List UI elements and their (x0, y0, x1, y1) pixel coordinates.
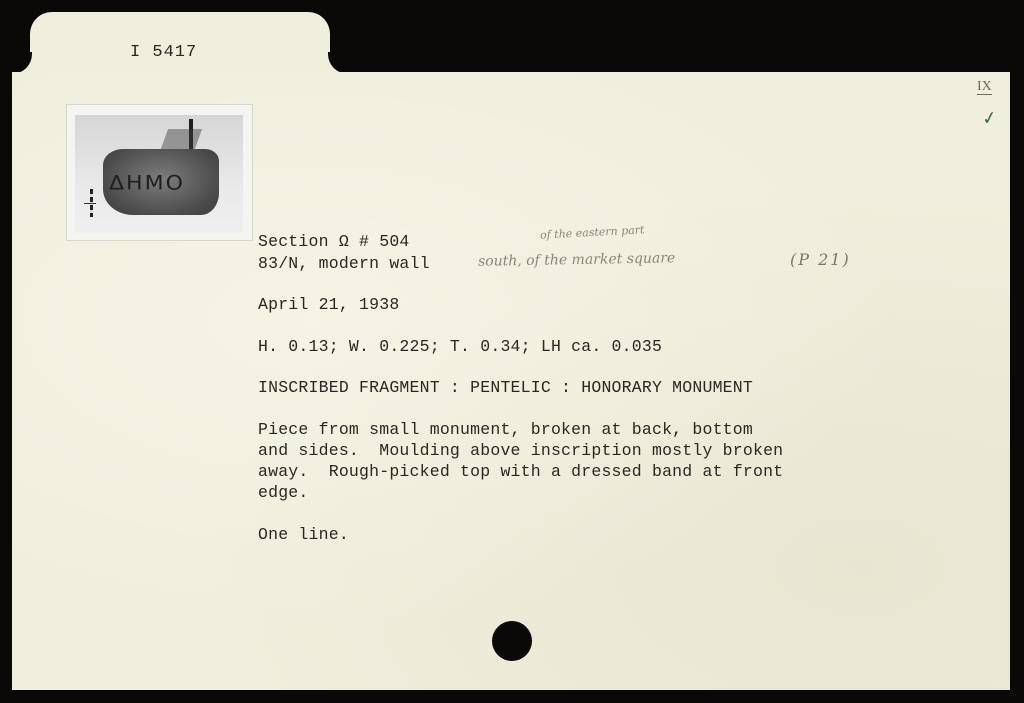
description-line: and sides. Moulding above inscription mo… (258, 440, 783, 461)
section-line: Section Ω # 504 (258, 231, 410, 252)
tab-fillet-right (328, 52, 348, 74)
classification: INSCRIBED FRAGMENT : PENTELIC : HONORARY… (258, 377, 753, 398)
stone-inscription: ΔΗΜΟ (109, 172, 185, 195)
artifact-photo: ΔΗΜΟ (67, 105, 252, 240)
punch-hole (492, 621, 532, 661)
lines-note: One line. (258, 524, 349, 545)
handwritten-reference: (P 21) (790, 250, 851, 269)
tab-fillet-left (12, 52, 32, 74)
corner-catalog-mark: IX (977, 80, 992, 95)
photo-background: ΔΗΜΟ (75, 115, 243, 233)
dimensions: H. 0.13; W. 0.225; T. 0.34; LH ca. 0.035 (258, 336, 662, 357)
description-line: Piece from small monument, broken at bac… (258, 419, 753, 440)
accession-number: I 5417 (130, 43, 197, 62)
description-line: away. Rough-picked top with a dressed ba… (258, 461, 783, 482)
scale-tick-icon (84, 203, 96, 204)
location-line: 83/N, modern wall (258, 253, 430, 274)
description-line: edge. (258, 482, 309, 503)
date: April 21, 1938 (258, 294, 399, 315)
